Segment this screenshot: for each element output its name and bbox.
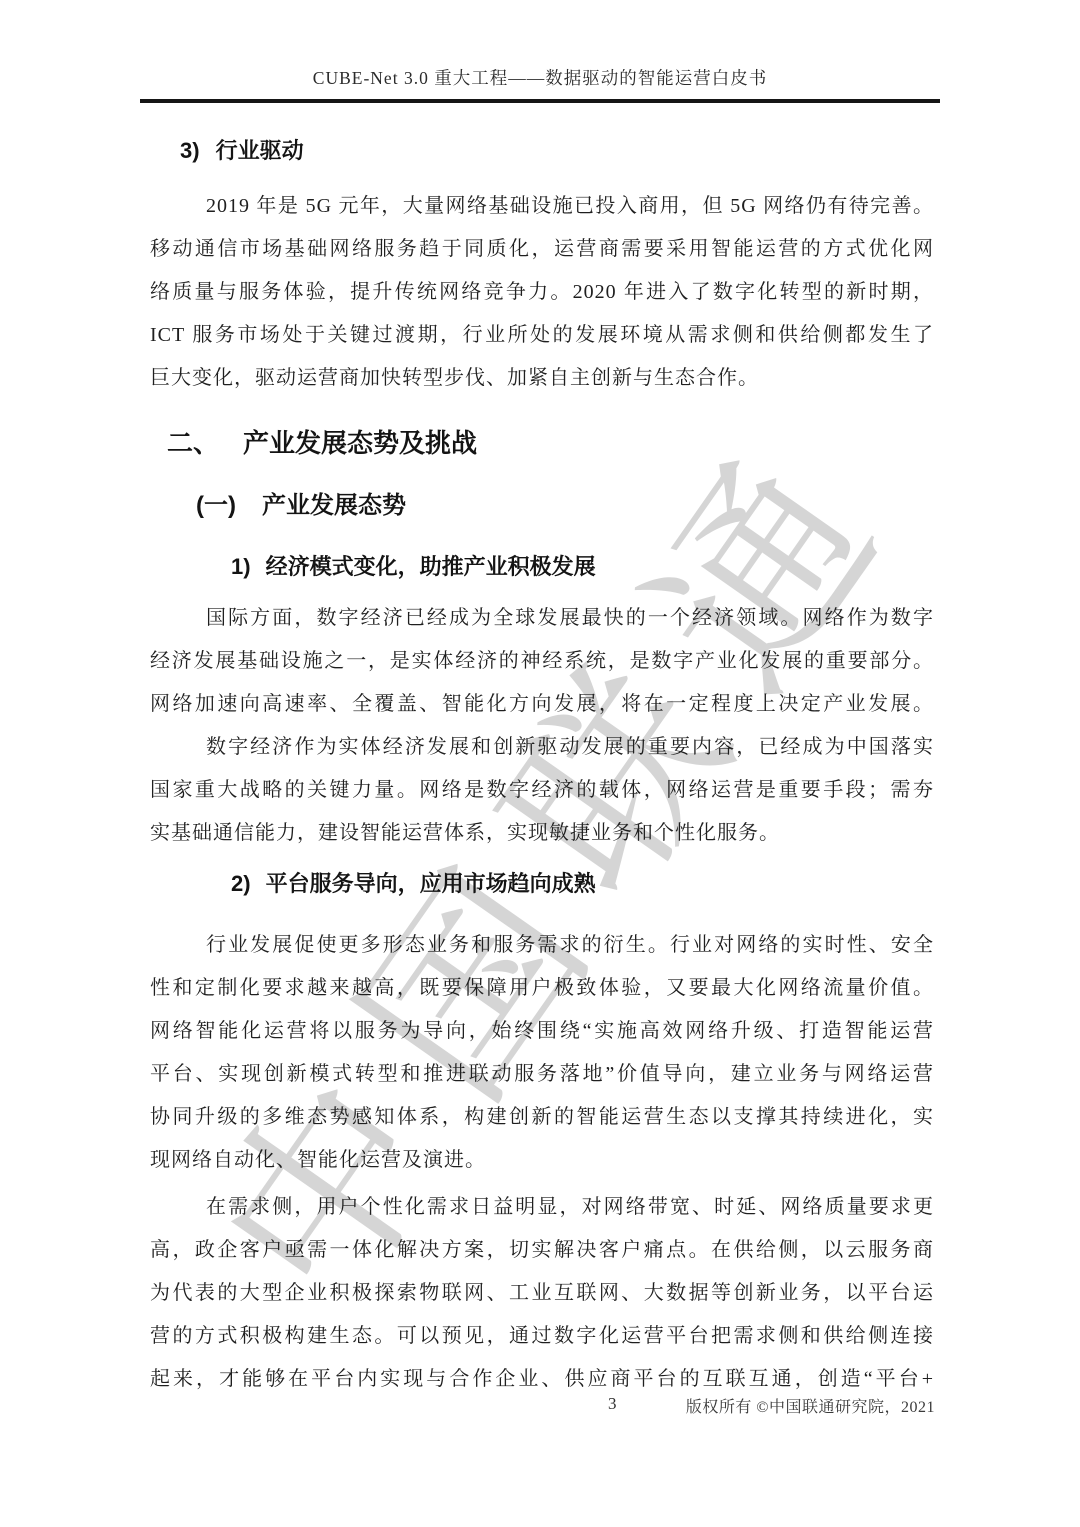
heading-number: 2) — [231, 869, 251, 898]
text-line: ICT 服务市场处于关键过渡期，行业所处的发展环境从需求侧和供给侧都发生了 — [150, 314, 934, 357]
heading-economy-mode: 1) 经济模式变化，助推产业积极发展 — [150, 552, 934, 581]
text-line: 经济发展基础设施之一，是实体经济的神经系统，是数字产业化发展的重要部分。 — [150, 640, 934, 683]
text-line: 协同升级的多维态势感知体系，构建创新的智能运营生态以支撑其持续进化，实 — [150, 1096, 934, 1139]
heading-subsection-1: (一) 产业发展态势 — [150, 490, 934, 521]
text-line: 现网络自动化、智能化运营及演进。 — [150, 1139, 934, 1182]
text-line: 高，政企客户亟需一体化解决方案，切实解决客户痛点。在供给侧，以云服务商 — [150, 1229, 934, 1272]
heading-industry-drive: 3) 行业驱动 — [150, 136, 934, 165]
copyright-text: 版权所有 ©中国联通研究院，2021 — [686, 1394, 935, 1417]
heading-text: 产业发展态势及挑战 — [243, 426, 477, 460]
paragraph-economy-1: 国际方面，数字经济已经成为全球发展最快的一个经济领域。网络作为数字经济发展基础设… — [150, 597, 934, 726]
page-footer: 3 版权所有 ©中国联通研究院，2021 — [0, 1394, 1080, 1422]
text-line: 行业发展促使更多形态业务和服务需求的衍生。行业对网络的实时性、安全 — [150, 924, 934, 967]
heading-section-2: 二、 产业发展态势及挑战 — [150, 426, 934, 460]
heading-platform-service: 2) 平台服务导向，应用市场趋向成熟 — [150, 869, 934, 898]
document-page: 中国联通 CUBE-Net 3.0 重大工程——数据驱动的智能运营白皮书 3) … — [0, 0, 1080, 1527]
text-line: 巨大变化，驱动运营商加快转型步伐、加紧自主创新与生态合作。 — [150, 357, 934, 400]
paragraph-industry: 2019 年是 5G 元年，大量网络基础设施已投入商用，但 5G 网络仍有待完善… — [150, 185, 934, 400]
text-line: 在需求侧，用户个性化需求日益明显，对网络带宽、时延、网络质量要求更 — [150, 1186, 934, 1229]
page-content: 3) 行业驱动 2019 年是 5G 元年，大量网络基础设施已投入商用，但 5G… — [150, 136, 934, 1401]
page-header: CUBE-Net 3.0 重大工程——数据驱动的智能运营白皮书 — [140, 0, 940, 103]
text-line: 络质量与服务体验，提升传统网络竞争力。2020 年进入了数字化转型的新时期， — [150, 271, 934, 314]
heading-number: 1) — [231, 552, 251, 581]
text-line: 数字经济作为实体经济发展和创新驱动发展的重要内容，已经成为中国落实 — [150, 726, 934, 769]
text-line: 营的方式积极构建生态。可以预见，通过数字化运营平台把需求侧和供给侧连接 — [150, 1315, 934, 1358]
paragraph-platform-1: 行业发展促使更多形态业务和服务需求的衍生。行业对网络的实时性、安全性和定制化要求… — [150, 924, 934, 1182]
text-line: 网络智能化运营将以服务为导向，始终围绕“实施高效网络升级、打造智能运营 — [150, 1010, 934, 1053]
text-line: 网络加速向高速率、全覆盖、智能化方向发展，将在一定程度上决定产业发展。 — [150, 683, 934, 726]
text-line: 移动通信市场基础网络服务趋于同质化，运营商需要采用智能运营的方式优化网 — [150, 228, 934, 271]
paragraph-platform-2: 在需求侧，用户个性化需求日益明显，对网络带宽、时延、网络质量要求更高，政企客户亟… — [150, 1186, 934, 1401]
heading-text: 产业发展态势 — [262, 490, 406, 521]
page-number: 3 — [608, 1394, 617, 1414]
heading-text: 行业驱动 — [216, 136, 304, 165]
paragraph-economy-2: 数字经济作为实体经济发展和创新驱动发展的重要内容，已经成为中国落实国家重大战略的… — [150, 726, 934, 855]
text-line: 2019 年是 5G 元年，大量网络基础设施已投入商用，但 5G 网络仍有待完善… — [150, 185, 934, 228]
text-line: 国际方面，数字经济已经成为全球发展最快的一个经济领域。网络作为数字 — [150, 597, 934, 640]
heading-number: 二、 — [167, 426, 219, 460]
text-line: 为代表的大型企业积极探索物联网、工业互联网、大数据等创新业务，以平台运 — [150, 1272, 934, 1315]
heading-text: 经济模式变化，助推产业积极发展 — [266, 552, 596, 581]
text-line: 国家重大战略的关键力量。网络是数字经济的载体，网络运营是重要手段；需夯 — [150, 769, 934, 812]
text-line: 平台、实现创新模式转型和推进联动服务落地”价值导向，建立业务与网络运营 — [150, 1053, 934, 1096]
text-line: 实基础通信能力，建设智能运营体系，实现敏捷业务和个性化服务。 — [150, 812, 934, 855]
heading-number: (一) — [196, 490, 236, 521]
heading-number: 3) — [180, 136, 200, 165]
header-title: CUBE-Net 3.0 重大工程——数据驱动的智能运营白皮书 — [140, 66, 940, 90]
text-line: 性和定制化要求越来越高，既要保障用户极致体验，又要最大化网络流量价值。 — [150, 967, 934, 1010]
heading-text: 平台服务导向，应用市场趋向成熟 — [266, 869, 596, 898]
